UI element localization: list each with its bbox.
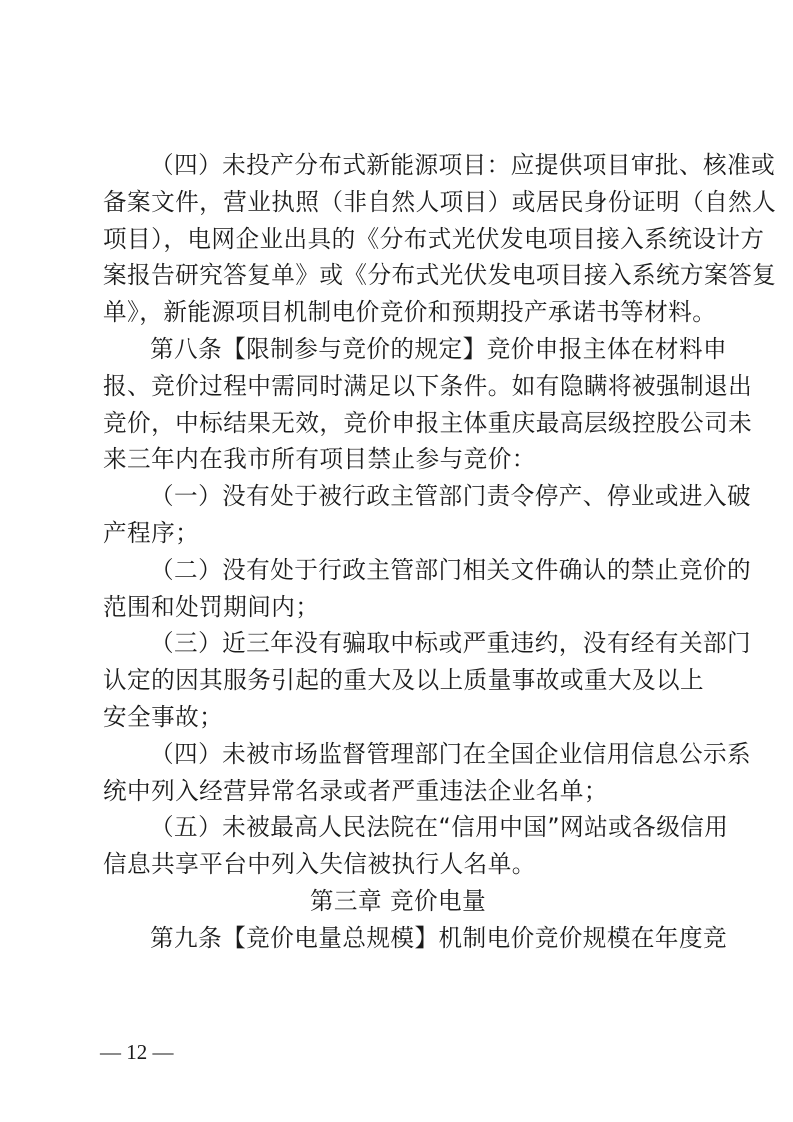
condition-item-1: （一）没有处于被行政主管部门责令停产、停业或进入破 [103, 478, 693, 515]
text-line: 产程序； [103, 515, 693, 552]
document-page: （四）未投产分布式新能源项目：应提供项目审批、核准或 备案文件，营业执照（非自然… [0, 0, 793, 1122]
page-number: — 12 — [100, 1040, 174, 1065]
text-line: 统中列入经营异常名录或者严重违法企业名单； [103, 773, 693, 810]
condition-item-2: （二）没有处于行政主管部门相关文件确认的禁止竞价的 [103, 552, 693, 589]
article-8-heading-line: 第八条【限制参与竞价的规定】竞价申报主体在材料申 [103, 331, 693, 368]
text-line: 报、竞价过程中需同时满足以下条件。如有隐瞒将被强制退出 [103, 368, 693, 405]
condition-item-3: （三）近三年没有骗取中标或严重违约，没有经有关部门 [103, 625, 693, 662]
text-line: 案报告研究答复单》或《分布式光伏发电项目接入系统方案答复 [103, 257, 693, 294]
text-line: 单》，新能源项目机制电价竞价和预期投产承诺书等材料。 [103, 294, 693, 331]
text-line: 信息共享平台中列入失信被执行人名单。 [103, 846, 693, 883]
chapter-3-title: 第三章 竞价电量 [103, 883, 693, 920]
document-body: （四）未投产分布式新能源项目：应提供项目审批、核准或 备案文件，营业执照（非自然… [103, 147, 693, 957]
text-line: 范围和处罚期间内； [103, 589, 693, 626]
text-line: 来三年内在我市所有项目禁止参与竞价： [103, 441, 693, 478]
text-line: 认定的因其服务引起的重大及以上质量事故或重大及以上 [103, 662, 693, 699]
condition-item-5: （五）未被最高人民法院在“信用中国”网站或各级信用 [103, 809, 693, 846]
text-line: 项目），电网企业出具的《分布式光伏发电项目接入系统设计方 [103, 221, 693, 258]
article-9-heading-line: 第九条【竞价电量总规模】机制电价竞价规模在年度竞 [103, 920, 693, 957]
text-line: 竞价，中标结果无效，竞价申报主体重庆最高层级控股公司未 [103, 405, 693, 442]
paragraph-item-4-unbuilt-distributed-projects: （四）未投产分布式新能源项目：应提供项目审批、核准或 [103, 147, 693, 184]
text-line: 备案文件，营业执照（非自然人项目）或居民身份证明（自然人 [103, 184, 693, 221]
condition-item-4: （四）未被市场监督管理部门在全国企业信用信息公示系 [103, 736, 693, 773]
text-line: 安全事故； [103, 699, 693, 736]
